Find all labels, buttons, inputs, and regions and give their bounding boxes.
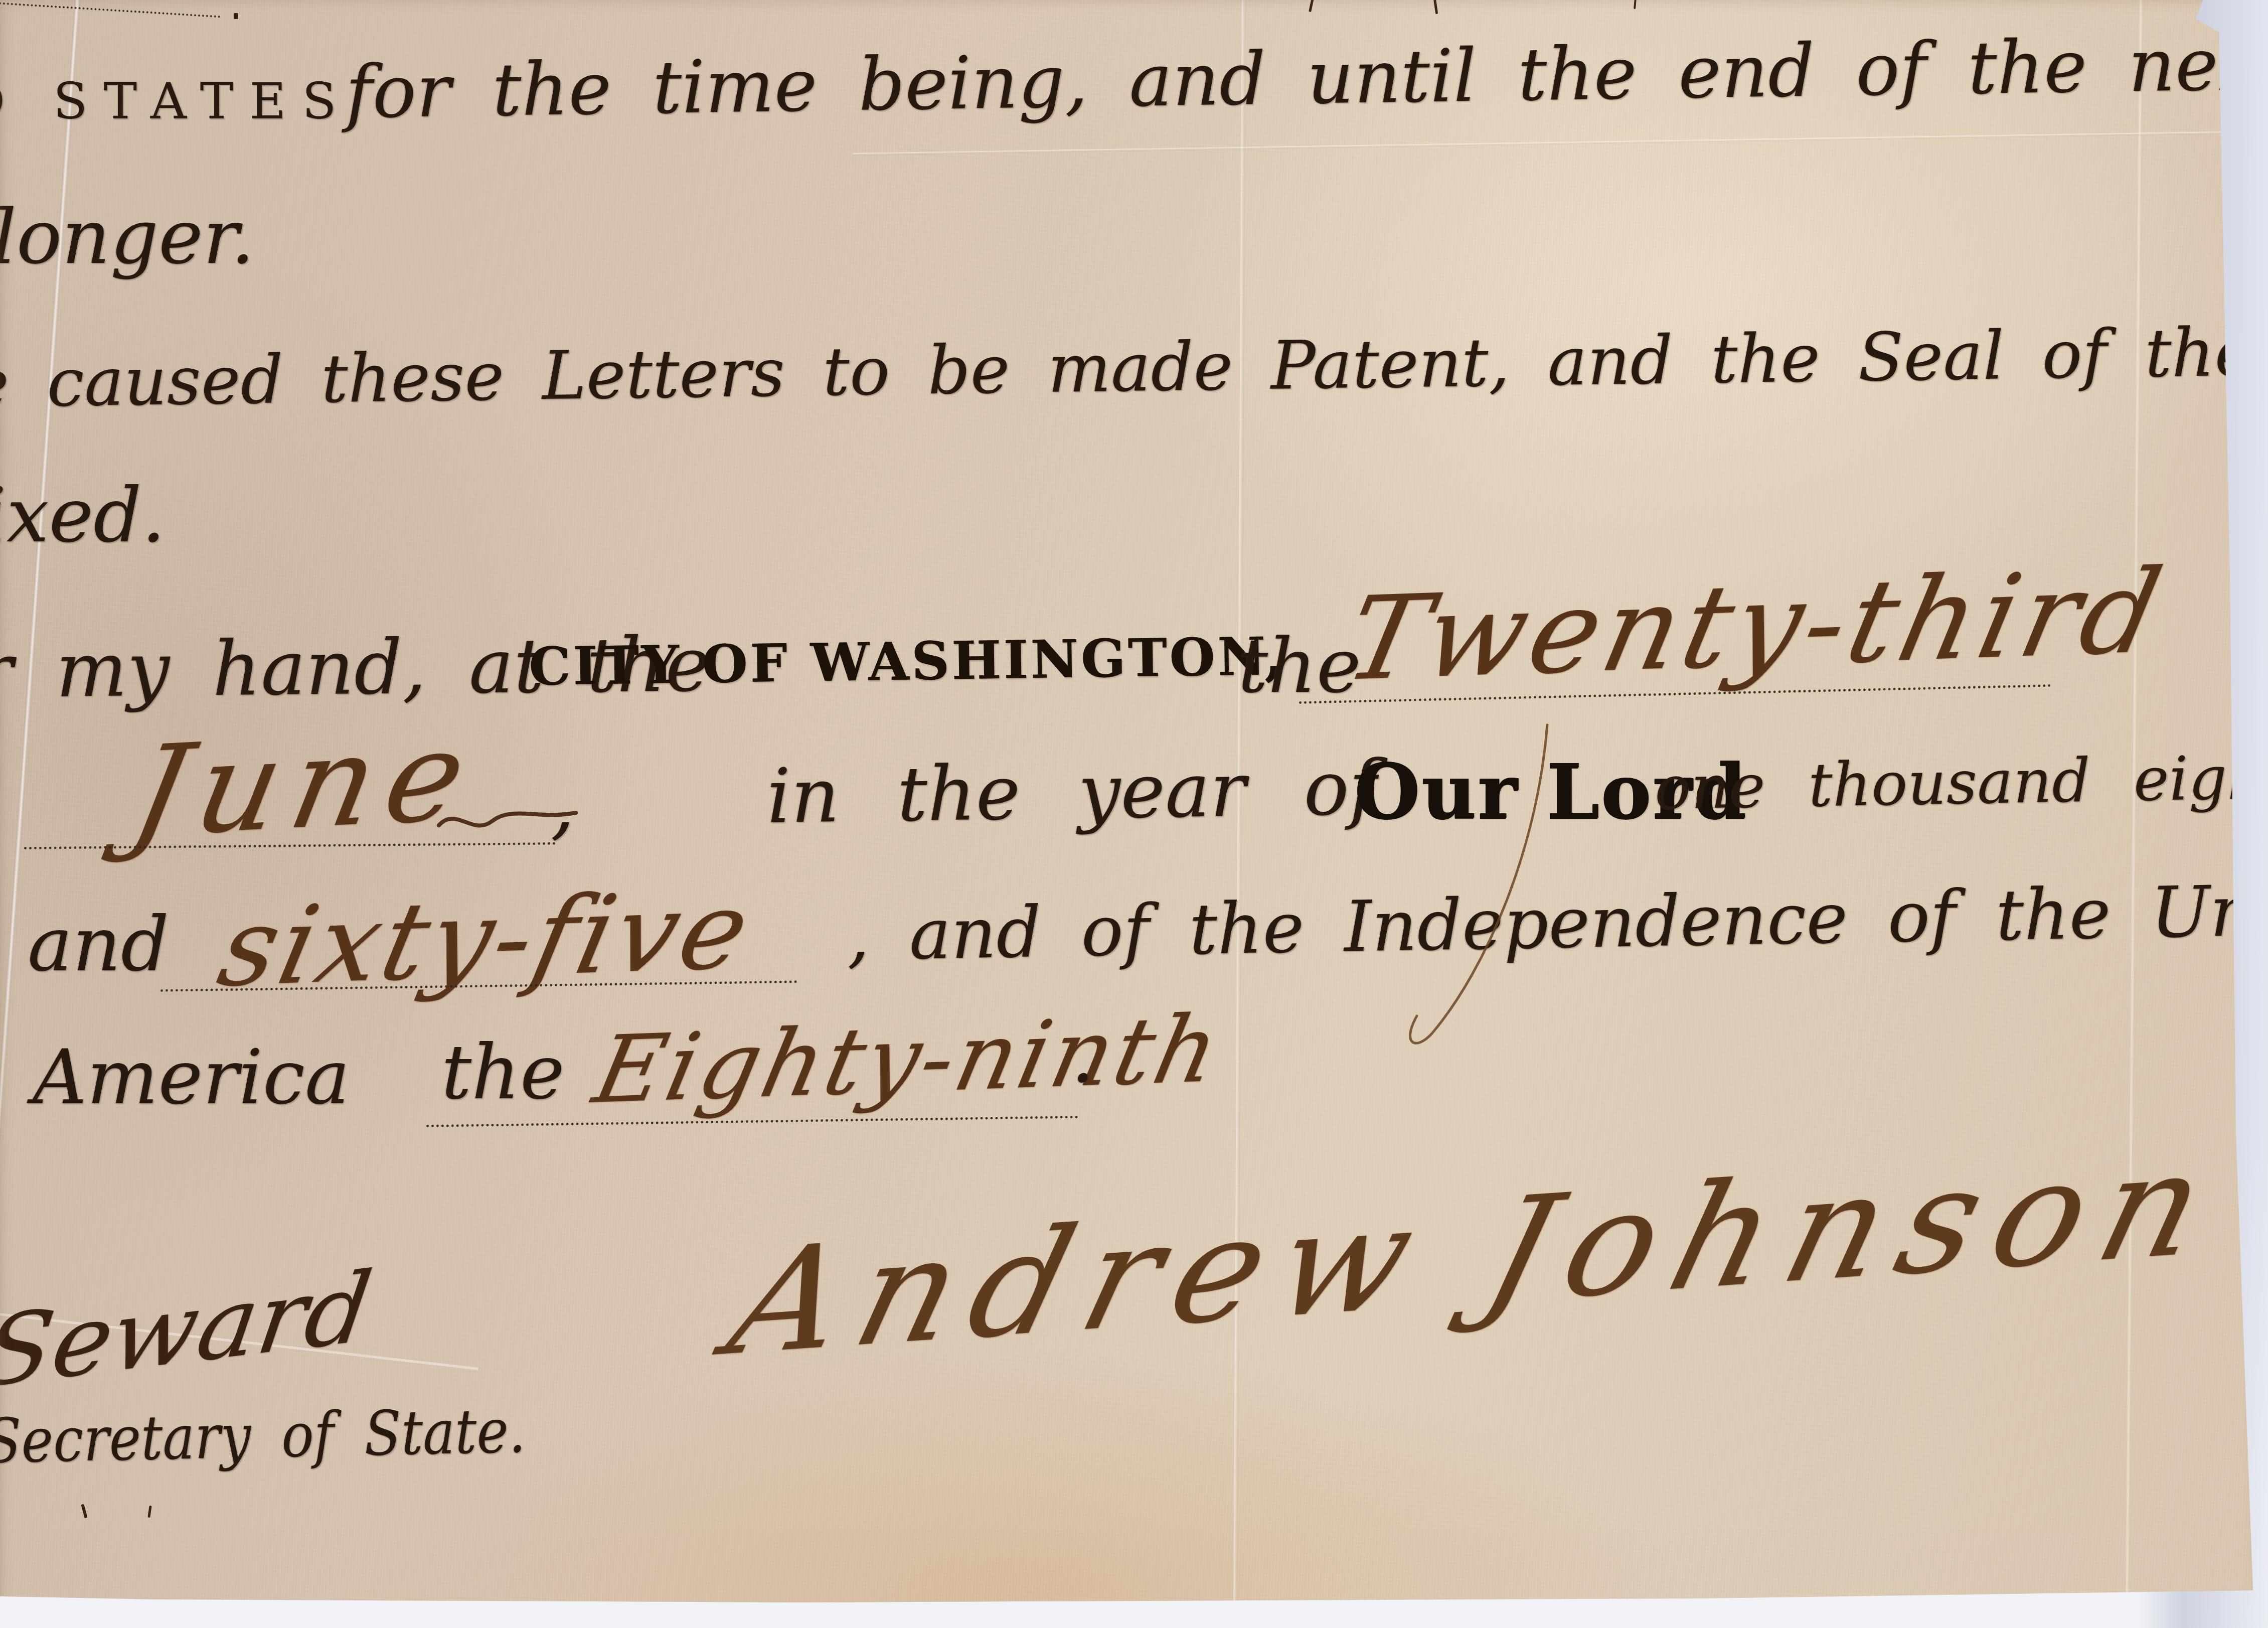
photo-of-document: D STATES for the time being, and until t…	[0, 0, 2268, 1628]
parchment-sheet: D STATES for the time being, and until t…	[0, 0, 2268, 1628]
paper-edge-shading	[0, 0, 2268, 1628]
